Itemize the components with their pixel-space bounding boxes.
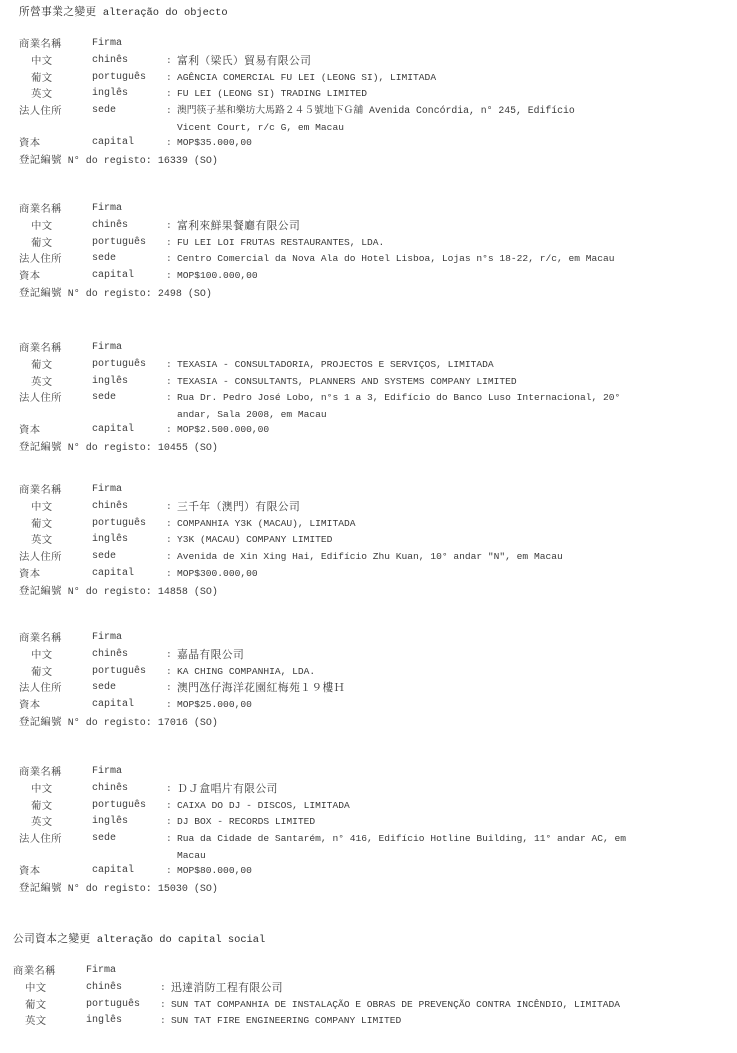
company-entry: 商業名稱 Firma 中文 chinês : 富利（梁氏）貿易有限公司 葡文 p… xyxy=(0,36,737,169)
sede-label-zh: 法人住所 xyxy=(19,251,62,268)
ingles-value: TEXASIA - CONSULTANTS, PLANNERS AND SYST… xyxy=(177,374,517,391)
colon: : xyxy=(166,532,172,549)
portugues-label-zh: 葡文 xyxy=(31,70,52,87)
sede-value-line2: Vicent Court, r/c G, em Macau xyxy=(177,120,344,135)
portugues-label-pt: português xyxy=(92,70,146,87)
firma-label-pt: Firma xyxy=(92,482,122,499)
registo-label-zh: 登記編號 xyxy=(19,154,62,166)
firma-label-pt: Firma xyxy=(92,201,122,218)
portugues-label-pt: português xyxy=(92,235,146,252)
capital-row: 資本 capital : MOP$300.000,00 xyxy=(0,566,737,583)
colon: : xyxy=(160,980,166,997)
colon: : xyxy=(160,997,166,1014)
firma-row: 商業名稱 Firma xyxy=(0,36,737,53)
sede-label-pt: sede xyxy=(92,549,116,566)
capital-label-zh: 資本 xyxy=(19,135,40,152)
registo-row: 登記編號 N° do registo: 15030 (SO) xyxy=(0,880,737,897)
portugues-value: SUN TAT COMPANHIA DE INSTALAÇÃO E OBRAS … xyxy=(171,997,620,1014)
ingles-label-zh: 英文 xyxy=(31,374,52,391)
chines-row: 中文 chinês : ＤＪ盒唱片有限公司 xyxy=(0,781,737,798)
chines-value: 富利來鮮果餐廳有限公司 xyxy=(177,218,300,235)
chines-row: 中文 chinês : 迅達消防工程有限公司 xyxy=(0,980,731,997)
colon: : xyxy=(166,647,172,664)
registo-label-pt: N° do registo: xyxy=(68,718,152,729)
ingles-value: FU LEI (LEONG SI) TRADING LIMITED xyxy=(177,86,367,103)
registo-value: 14858 (SO) xyxy=(158,587,218,598)
ingles-value: SUN TAT FIRE ENGINEERING COMPANY LIMITED xyxy=(171,1013,401,1030)
sede-label-pt: sede xyxy=(92,103,116,120)
chines-label-zh: 中文 xyxy=(31,499,52,516)
portugues-value: CAIXA DO DJ - DISCOS, LIMITADA xyxy=(177,798,350,815)
chines-label-pt: chinês xyxy=(92,647,128,664)
company-entry: 商業名稱 Firma 中文 chinês : 三千年（澳門）有限公司 葡文 po… xyxy=(0,482,737,600)
colon: : xyxy=(166,863,172,880)
section-heading-zh: 所營事業之變更 xyxy=(19,6,97,18)
firma-label-zh: 商業名稱 xyxy=(13,963,56,980)
registo-row: 登記編號 N° do registo: 10455 (SO) xyxy=(0,439,737,456)
firma-label-zh: 商業名稱 xyxy=(19,630,62,647)
chines-value: 富利（梁氏）貿易有限公司 xyxy=(177,53,311,70)
capital-row: 資本 capital : MOP$80.000,00 xyxy=(0,863,737,880)
firma-label-pt: Firma xyxy=(92,764,122,781)
registo-label-zh: 登記編號 xyxy=(19,585,62,597)
ingles-row: 英文 inglês : SUN TAT FIRE ENGINEERING COM… xyxy=(0,1013,731,1030)
colon: : xyxy=(160,1013,166,1030)
capital-label-zh: 資本 xyxy=(19,863,40,880)
firma-row: 商業名稱 Firma xyxy=(0,764,737,781)
firma-label-pt: Firma xyxy=(92,36,122,53)
company-entry: 商業名稱 Firma 葡文 português : TEXASIA - CONS… xyxy=(0,340,737,456)
registo-value: 15030 (SO) xyxy=(158,884,218,895)
chines-label-pt: chinês xyxy=(92,218,128,235)
sede-label-zh: 法人住所 xyxy=(19,390,62,407)
sede-label-zh: 法人住所 xyxy=(19,831,62,848)
ingles-row: 英文 inglês : Y3K (MACAU) COMPANY LIMITED xyxy=(0,532,737,549)
section-heading-objecto: 所營事業之變更 alteração do objecto xyxy=(19,4,228,19)
portugues-label-zh: 葡文 xyxy=(31,357,52,374)
portugues-row: 葡文 português : AGÊNCIA COMERCIAL FU LEI … xyxy=(0,70,737,87)
capital-row: 資本 capital : MOP$100.000,00 xyxy=(0,268,737,285)
firma-label-zh: 商業名稱 xyxy=(19,340,62,357)
chines-label-pt: chinês xyxy=(86,980,122,997)
registo-label: 登記編號 N° do registo: 15030 (SO) xyxy=(19,880,218,899)
ingles-label-pt: inglês xyxy=(92,814,128,831)
registo-label-zh: 登記編號 xyxy=(19,287,62,299)
chines-value: 迅達消防工程有限公司 xyxy=(171,980,283,997)
registo-label: 登記編號 N° do registo: 17016 (SO) xyxy=(19,714,218,733)
portugues-label-zh: 葡文 xyxy=(31,798,52,815)
sede-row: 法人住所 sede : 澳門筷子基和樂坊大馬路２４５號地下Ｇ舖 Avenida … xyxy=(0,103,737,120)
portugues-row: 葡文 português : COMPANHIA Y3K (MACAU), LI… xyxy=(0,516,737,533)
registo-row: 登記編號 N° do registo: 17016 (SO) xyxy=(0,714,737,731)
firma-row: 商業名稱 Firma xyxy=(0,482,737,499)
sede-label-pt: sede xyxy=(92,251,116,268)
portugues-label-pt: português xyxy=(92,516,146,533)
sede-row: 法人住所 sede : 澳門氹仔海洋花園紅梅苑１９樓Ｈ xyxy=(0,680,737,697)
chines-label-zh: 中文 xyxy=(31,781,52,798)
ingles-label-pt: inglês xyxy=(92,532,128,549)
company-entry: 商業名稱 Firma 中文 chinês : 迅達消防工程有限公司 葡文 por… xyxy=(0,963,731,1030)
section-heading-zh: 公司資本之變更 xyxy=(13,933,91,945)
portugues-label-pt: português xyxy=(86,997,140,1014)
ingles-row: 英文 inglês : DJ BOX - RECORDS LIMITED xyxy=(0,814,737,831)
chines-value: 嘉晶有限公司 xyxy=(177,647,244,664)
registo-label-pt: N° do registo: xyxy=(68,443,152,454)
company-entry: 商業名稱 Firma 中文 chinês : 富利來鮮果餐廳有限公司 葡文 po… xyxy=(0,201,737,302)
colon: : xyxy=(166,218,172,235)
portugues-value: TEXASIA - CONSULTADORIA, PROJECTOS E SER… xyxy=(177,357,494,374)
colon: : xyxy=(166,516,172,533)
registo-label: 登記編號 N° do registo: 10455 (SO) xyxy=(19,439,218,458)
sede-label-zh: 法人住所 xyxy=(19,680,62,697)
sede-label-pt: sede xyxy=(92,390,116,407)
sede-value-line1: Centro Comercial da Nova Ala do Hotel Li… xyxy=(177,251,615,268)
sede-row: 法人住所 sede : Rua Dr. Pedro José Lobo, n°s… xyxy=(0,390,737,407)
colon: : xyxy=(166,103,172,120)
capital-label-pt: capital xyxy=(92,697,134,714)
registo-label-zh: 登記編號 xyxy=(19,716,62,728)
colon: : xyxy=(166,70,172,87)
registo-row: 登記編號 N° do registo: 14858 (SO) xyxy=(0,583,737,600)
colon: : xyxy=(166,499,172,516)
colon: : xyxy=(166,251,172,268)
capital-value: MOP$25.000,00 xyxy=(177,697,252,714)
sede-value-line1: Rua Dr. Pedro José Lobo, n°s 1 a 3, Edif… xyxy=(177,390,620,407)
capital-row: 資本 capital : MOP$35.000,00 xyxy=(0,135,737,152)
colon: : xyxy=(166,664,172,681)
colon: : xyxy=(166,549,172,566)
capital-value: MOP$2.500.000,00 xyxy=(177,422,269,439)
sede-label-zh: 法人住所 xyxy=(19,549,62,566)
firma-label-pt: Firma xyxy=(92,340,122,357)
capital-label-zh: 資本 xyxy=(19,566,40,583)
portugues-row: 葡文 português : CAIXA DO DJ - DISCOS, LIM… xyxy=(0,798,737,815)
ingles-label-zh: 英文 xyxy=(31,86,52,103)
colon: : xyxy=(166,814,172,831)
section-heading-pt: alteração do objecto xyxy=(103,7,228,19)
sede-label-zh: 法人住所 xyxy=(19,103,62,120)
ingles-label-zh: 英文 xyxy=(31,814,52,831)
colon: : xyxy=(166,781,172,798)
firma-label-zh: 商業名稱 xyxy=(19,36,62,53)
registo-label: 登記編號 N° do registo: 16339 (SO) xyxy=(19,152,218,171)
sede-value-line2: Macau xyxy=(177,848,206,863)
portugues-label-zh: 葡文 xyxy=(31,235,52,252)
ingles-row: 英文 inglês : FU LEI (LEONG SI) TRADING LI… xyxy=(0,86,737,103)
registo-value: 2498 (SO) xyxy=(158,289,212,300)
chines-value: ＤＪ盒唱片有限公司 xyxy=(177,781,278,798)
portugues-label-zh: 葡文 xyxy=(25,997,46,1014)
capital-row: 資本 capital : MOP$25.000,00 xyxy=(0,697,737,714)
chines-label-pt: chinês xyxy=(92,53,128,70)
portugues-value: KA CHING COMPANHIA, LDA. xyxy=(177,664,315,681)
portugues-row: 葡文 português : FU LEI LOI FRUTAS RESTAUR… xyxy=(0,235,737,252)
capital-value: MOP$100.000,00 xyxy=(177,268,258,285)
company-entry: 商業名稱 Firma 中文 chinês : 嘉晶有限公司 葡文 portugu… xyxy=(0,630,737,731)
sede-continuation-row: Macau xyxy=(0,848,737,863)
firma-row: 商業名稱 Firma xyxy=(0,630,737,647)
capital-label-zh: 資本 xyxy=(19,697,40,714)
colon: : xyxy=(166,798,172,815)
capital-row: 資本 capital : MOP$2.500.000,00 xyxy=(0,422,737,439)
portugues-label-pt: português xyxy=(92,664,146,681)
portugues-value: FU LEI LOI FRUTAS RESTAURANTES, LDA. xyxy=(177,235,384,252)
sede-value-line1: 澳門氹仔海洋花園紅梅苑１９樓Ｈ xyxy=(177,680,345,697)
colon: : xyxy=(166,390,172,407)
portugues-row: 葡文 português : SUN TAT COMPANHIA DE INST… xyxy=(0,997,731,1014)
firma-label-zh: 商業名稱 xyxy=(19,482,62,499)
chines-row: 中文 chinês : 富利來鮮果餐廳有限公司 xyxy=(0,218,737,235)
document-page: 所營事業之變更 alteração do objecto 商業名稱 Firma … xyxy=(0,0,737,1053)
firma-row: 商業名稱 Firma xyxy=(0,340,737,357)
firma-label-pt: Firma xyxy=(86,963,116,980)
colon: : xyxy=(166,357,172,374)
ingles-label-pt: inglês xyxy=(86,1013,122,1030)
capital-value: MOP$80.000,00 xyxy=(177,863,252,880)
capital-label-zh: 資本 xyxy=(19,422,40,439)
firma-label-pt: Firma xyxy=(92,630,122,647)
colon: : xyxy=(166,268,172,285)
registo-label-pt: N° do registo: xyxy=(68,156,152,167)
capital-label-pt: capital xyxy=(92,422,134,439)
sede-value-line1: Avenida de Xin Xing Hai, Edifício Zhu Ku… xyxy=(177,549,563,566)
portugues-row: 葡文 português : KA CHING COMPANHIA, LDA. xyxy=(0,664,737,681)
chines-label-pt: chinês xyxy=(92,499,128,516)
colon: : xyxy=(166,422,172,439)
registo-value: 16339 (SO) xyxy=(158,156,218,167)
registo-row: 登記編號 N° do registo: 16339 (SO) xyxy=(0,152,737,169)
ingles-value: Y3K (MACAU) COMPANY LIMITED xyxy=(177,532,332,549)
capital-label-pt: capital xyxy=(92,268,134,285)
capital-label-zh: 資本 xyxy=(19,268,40,285)
registo-label: 登記編號 N° do registo: 2498 (SO) xyxy=(19,285,212,304)
ingles-label-zh: 英文 xyxy=(31,532,52,549)
registo-label-zh: 登記編號 xyxy=(19,882,62,894)
colon: : xyxy=(166,135,172,152)
ingles-row: 英文 inglês : TEXASIA - CONSULTANTS, PLANN… xyxy=(0,374,737,391)
section-heading-capital-social: 公司資本之變更 alteração do capital social xyxy=(13,931,265,946)
capital-label-pt: capital xyxy=(92,135,134,152)
chines-label-zh: 中文 xyxy=(31,53,52,70)
colon: : xyxy=(166,235,172,252)
sede-row: 法人住所 sede : Rua da Cidade de Santarém, n… xyxy=(0,831,737,848)
portugues-value: AGÊNCIA COMERCIAL FU LEI (LEONG SI), LIM… xyxy=(177,70,436,87)
capital-value: MOP$35.000,00 xyxy=(177,135,252,152)
ingles-label-pt: inglês xyxy=(92,86,128,103)
portugues-label-pt: português xyxy=(92,798,146,815)
colon: : xyxy=(166,53,172,70)
colon: : xyxy=(166,566,172,583)
ingles-label-pt: inglês xyxy=(92,374,128,391)
registo-label-pt: N° do registo: xyxy=(68,289,152,300)
chines-value: 三千年（澳門）有限公司 xyxy=(177,499,300,516)
colon: : xyxy=(166,831,172,848)
sede-continuation-row: Vicent Court, r/c G, em Macau xyxy=(0,120,737,135)
capital-label-pt: capital xyxy=(92,566,134,583)
portugues-value: COMPANHIA Y3K (MACAU), LIMITADA xyxy=(177,516,355,533)
colon: : xyxy=(166,86,172,103)
section-heading-pt: alteração do capital social xyxy=(97,934,265,946)
chines-row: 中文 chinês : 三千年（澳門）有限公司 xyxy=(0,499,737,516)
registo-label-zh: 登記編號 xyxy=(19,441,62,453)
sede-value-line2: andar, Sala 2008, em Macau xyxy=(177,407,327,422)
ingles-value: DJ BOX - RECORDS LIMITED xyxy=(177,814,315,831)
sede-row: 法人住所 sede : Centro Comercial da Nova Ala… xyxy=(0,251,737,268)
portugues-label-pt: português xyxy=(92,357,146,374)
registo-value: 17016 (SO) xyxy=(158,718,218,729)
capital-label-pt: capital xyxy=(92,863,134,880)
ingles-label-zh: 英文 xyxy=(25,1013,46,1030)
sede-label-pt: sede xyxy=(92,831,116,848)
sede-value-line1: Rua da Cidade de Santarém, n° 416, Edifí… xyxy=(177,831,626,848)
chines-row: 中文 chinês : 富利（梁氏）貿易有限公司 xyxy=(0,53,737,70)
sede-label-pt: sede xyxy=(92,680,116,697)
chines-label-zh: 中文 xyxy=(31,647,52,664)
registo-value: 10455 (SO) xyxy=(158,443,218,454)
firma-label-zh: 商業名稱 xyxy=(19,201,62,218)
colon: : xyxy=(166,374,172,391)
colon: : xyxy=(166,680,172,697)
company-entry: 商業名稱 Firma 中文 chinês : ＤＪ盒唱片有限公司 葡文 port… xyxy=(0,764,737,897)
registo-label-pt: N° do registo: xyxy=(68,884,152,895)
firma-label-zh: 商業名稱 xyxy=(19,764,62,781)
chines-row: 中文 chinês : 嘉晶有限公司 xyxy=(0,647,737,664)
colon: : xyxy=(166,697,172,714)
portugues-label-zh: 葡文 xyxy=(31,516,52,533)
chines-label-zh: 中文 xyxy=(25,980,46,997)
sede-row: 法人住所 sede : Avenida de Xin Xing Hai, Edi… xyxy=(0,549,737,566)
portugues-row: 葡文 português : TEXASIA - CONSULTADORIA, … xyxy=(0,357,737,374)
chines-label-pt: chinês xyxy=(92,781,128,798)
registo-label-pt: N° do registo: xyxy=(68,587,152,598)
firma-row: 商業名稱 Firma xyxy=(0,201,737,218)
sede-continuation-row: andar, Sala 2008, em Macau xyxy=(0,407,737,422)
portugues-label-zh: 葡文 xyxy=(31,664,52,681)
sede-value-line1: 澳門筷子基和樂坊大馬路２４５號地下Ｇ舖 Avenida Concórdia, n… xyxy=(177,103,575,120)
chines-label-zh: 中文 xyxy=(31,218,52,235)
firma-row: 商業名稱 Firma xyxy=(0,963,731,980)
registo-label: 登記編號 N° do registo: 14858 (SO) xyxy=(19,583,218,602)
registo-row: 登記編號 N° do registo: 2498 (SO) xyxy=(0,285,737,302)
capital-value: MOP$300.000,00 xyxy=(177,566,258,583)
